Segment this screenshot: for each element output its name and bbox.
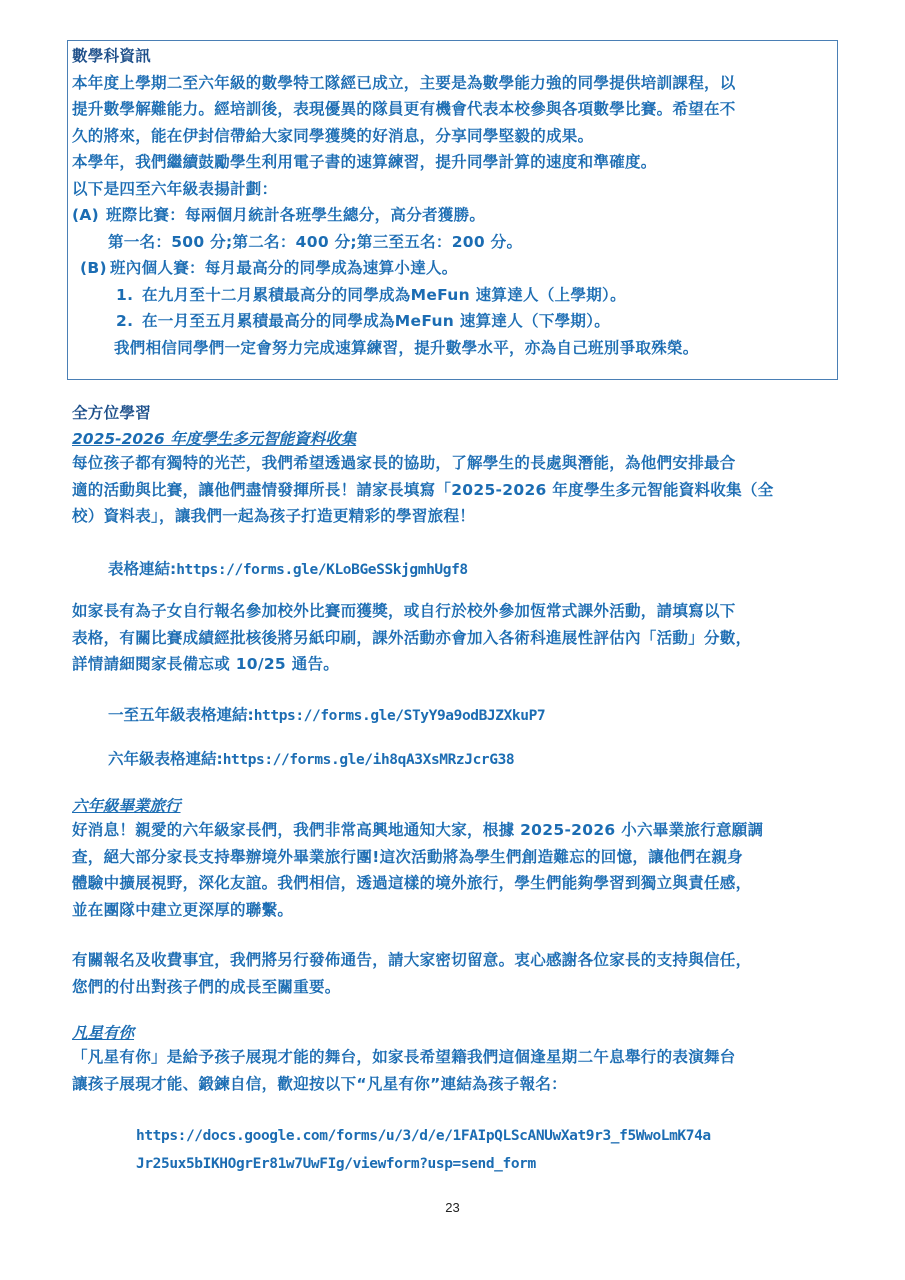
award-body-line: 表格，有關比賽成績經批核後將另紙印刷，課外活動亦會加入各術科進展性評估內「活動」…	[72, 625, 842, 652]
grad-trip-body2-line: 您們的付出對孩子們的成長至關重要。	[72, 974, 842, 1001]
item-b: (B)班內個人賽：每月最高分的同學成為速算小達人。	[72, 255, 837, 282]
p1to5-form-label: 一至五年級表格連結:	[108, 706, 254, 724]
math-info-box: 數學科資訊 本年度上學期二至六年級的數學特工隊經已成立，主要是為數學能力強的同學…	[67, 40, 838, 380]
item-b-sub-text: 在一月至五月累積最高分的同學成為MeFun 速算達人（下學期）。	[142, 312, 610, 330]
item-a: (A)班際比賽：每兩個月統計各班學生總分，高分者獲勝。	[72, 202, 837, 229]
award-section: 如家長有為子女自行報名參加校外比賽而獲獎，或自行於校外參加恆常式課外活動，請填寫…	[72, 598, 842, 678]
item-b-sub-2: 2.在一月至五月累積最高分的同學成為MeFun 速算達人（下學期）。	[72, 308, 837, 335]
math-para1-line: 本年度上學期二至六年級的數學特工隊經已成立，主要是為數學能力強的同學提供培訓課程…	[72, 70, 837, 97]
item-b-sub-num: 1.	[116, 282, 142, 309]
grad-trip-subheading: 六年級畢業旅行	[72, 795, 842, 817]
talent-link-block: https://docs.google.com/forms/u/3/d/e/1F…	[72, 1122, 842, 1178]
award-body-line: 如家長有為子女自行報名參加校外比賽而獲獎，或自行於校外參加恆常式課外活動，請填寫…	[72, 598, 842, 625]
talent-subheading: 凡星有你	[72, 1022, 842, 1044]
grad-trip-notice: 有關報名及收費事宜，我們將另行發佈通告，請大家密切留意。衷心感謝各位家長的支持與…	[72, 947, 842, 1000]
math-para1-line: 提升數學解難能力。經培訓後，表現優異的隊員更有機會代表本校參與各項數學比賽。希望…	[72, 96, 837, 123]
grad-trip-body-line: 查，絕大部分家長支持舉辦境外畢業旅行團!這次活動將為學生們創造難忘的回憶，讓他們…	[72, 844, 842, 871]
mi-form-link-row: 表格連結:https://forms.gle/KLoBGeSSkjgmhUgf8	[72, 556, 842, 583]
p1to5-form-link[interactable]: https://forms.gle/STyY9a9odBJZXkuP7	[254, 708, 546, 724]
item-b-sub-text: 在九月至十二月累積最高分的同學成為MeFun 速算達人（上學期）。	[142, 286, 626, 304]
all-round-section: 全方位學習	[72, 400, 842, 427]
p1to5-link-row: 一至五年級表格連結:https://forms.gle/STyY9a9odBJZ…	[72, 702, 842, 729]
p6-link-row: 六年級表格連結:https://forms.gle/ih8qA3XsMRzJcr…	[72, 746, 842, 773]
award-body-line: 詳情請細閱家長備忘或 10/25 通告。	[72, 651, 842, 678]
item-b-sub-num: 2.	[116, 308, 142, 335]
talent-form-link-line-1[interactable]: https://docs.google.com/forms/u/3/d/e/1F…	[136, 1122, 842, 1150]
mi-section: 2025-2026 年度學生多元智能資料收集 每位孩子都有獨特的光芒，我們希望透…	[72, 428, 842, 530]
talent-body-line: 讓孩子展現才能、鍛鍊自信，歡迎按以下“凡星有你”連結為孩子報名：	[72, 1071, 842, 1098]
mi-subheading: 2025-2026 年度學生多元智能資料收集	[72, 428, 842, 450]
mi-body-line: 適的活動與比賽，讓他們盡情發揮所長！請家長填寫「2025-2026 年度學生多元…	[72, 477, 842, 504]
item-b-text: 班內個人賽：每月最高分的同學成為速算小達人。	[110, 259, 458, 277]
grad-trip-body2-line: 有關報名及收費事宜，我們將另行發佈通告，請大家密切留意。衷心感謝各位家長的支持與…	[72, 947, 842, 974]
item-b-label: (B)	[72, 255, 110, 282]
item-a-detail: 第一名：500 分;第二名：400 分;第三至五名：200 分。	[72, 229, 837, 256]
grad-trip-section: 六年級畢業旅行 好消息！親愛的六年級家長們，我們非常高興地通知大家，根據 202…	[72, 795, 842, 923]
mi-body-line: 校）資料表」，讓我們一起為孩子打造更精彩的學習旅程！	[72, 503, 842, 530]
math-para3: 以下是四至六年級表揚計劃：	[72, 176, 837, 203]
talent-form-link-line-2[interactable]: Jr25ux5bIKHOgrEr81w7UwFIg/viewform?usp=s…	[136, 1150, 842, 1178]
grad-trip-body-line: 好消息！親愛的六年級家長們，我們非常高興地通知大家，根據 2025-2026 小…	[72, 817, 842, 844]
math-box-title: 數學科資訊	[72, 43, 837, 70]
math-para2: 本學年，我們繼續鼓勵學生利用電子書的速算練習，提升同學計算的速度和準確度。	[72, 149, 837, 176]
mi-form-link[interactable]: https://forms.gle/KLoBGeSSkjgmhUgf8	[176, 562, 468, 578]
item-b-sub-1: 1.在九月至十二月累積最高分的同學成為MeFun 速算達人（上學期）。	[72, 282, 837, 309]
item-a-label: (A)	[72, 202, 106, 229]
item-a-text: 班際比賽：每兩個月統計各班學生總分，高分者獲勝。	[106, 206, 485, 224]
page-number: 23	[0, 1200, 905, 1215]
mi-body-line: 每位孩子都有獨特的光芒，我們希望透過家長的協助，了解學生的長處與潛能，為他們安排…	[72, 450, 842, 477]
mi-form-label: 表格連結:	[108, 560, 176, 578]
grad-trip-body-line: 體驗中擴展視野，深化友誼。我們相信，透過這樣的境外旅行，學生們能夠學習到獨立與責…	[72, 870, 842, 897]
p6-form-link[interactable]: https://forms.gle/ih8qA3XsMRzJcrG38	[223, 752, 515, 768]
item-b-closing: 我們相信同學們一定會努力完成速算練習，提升數學水平，亦為自己班別爭取殊榮。	[72, 335, 837, 362]
grad-trip-body-line: 並在團隊中建立更深厚的聯繫。	[72, 897, 842, 924]
all-round-heading: 全方位學習	[72, 400, 842, 427]
p6-form-label: 六年級表格連結:	[108, 750, 223, 768]
document-page: 數學科資訊 本年度上學期二至六年級的數學特工隊經已成立，主要是為數學能力強的同學…	[0, 0, 905, 1280]
talent-section: 凡星有你 「凡星有你」是給予孩子展現才能的舞台，如家長希望籍我們這個逢星期二午息…	[72, 1022, 842, 1097]
talent-body-line: 「凡星有你」是給予孩子展現才能的舞台，如家長希望籍我們這個逢星期二午息舉行的表演…	[72, 1044, 842, 1071]
math-para1-line: 久的將來，能在伊封信帶給大家同學獲獎的好消息，分享同學堅毅的成果。	[72, 123, 837, 150]
